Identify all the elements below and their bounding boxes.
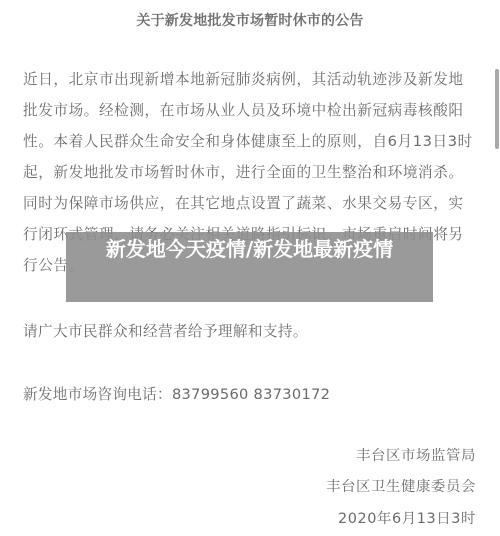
body-line: 批发市场。经检测，在市场从业人员及环境中检出新冠病毒核酸阳	[23, 99, 464, 120]
body-line: 起，新发地批发市场暂时休市，进行全面的卫生整治和环境消杀。	[23, 161, 464, 182]
caption-overlay: 新发地今天疫情/新发地最新疫情	[66, 232, 433, 302]
hotline-text: 新发地市场咨询电话：83799560 83730172	[23, 383, 330, 404]
body-line: 近日，北京市出现新增本地新冠肺炎病例，其活动轨迹涉及新发地	[23, 68, 464, 89]
notice-page: 关于新发地批发市场暂时休市的公告 近日，北京市出现新增本地新冠肺炎病例，其活动轨…	[0, 0, 500, 536]
appeal-text: 请广大市民群众和经营者给予理解和支持。	[23, 320, 308, 341]
notice-title: 关于新发地批发市场暂时休市的公告	[0, 10, 500, 30]
body-line: 同时为保障市场供应，在其它地点设置了蔬菜、水果交易专区，实	[23, 192, 464, 213]
signature-date: 2020年6月13日3时	[338, 507, 476, 528]
scrollbar[interactable]	[495, 69, 499, 149]
overlay-caption: 新发地今天疫情/新发地最新疫情	[66, 236, 433, 263]
body-line: 性。本着人民群众生命安全和身体健康至上的原则，自6月13日3时	[23, 130, 473, 151]
signature-org-health: 丰台区卫生健康委员会	[326, 475, 476, 496]
signature-org-market: 丰台区市场监管局	[356, 444, 476, 465]
